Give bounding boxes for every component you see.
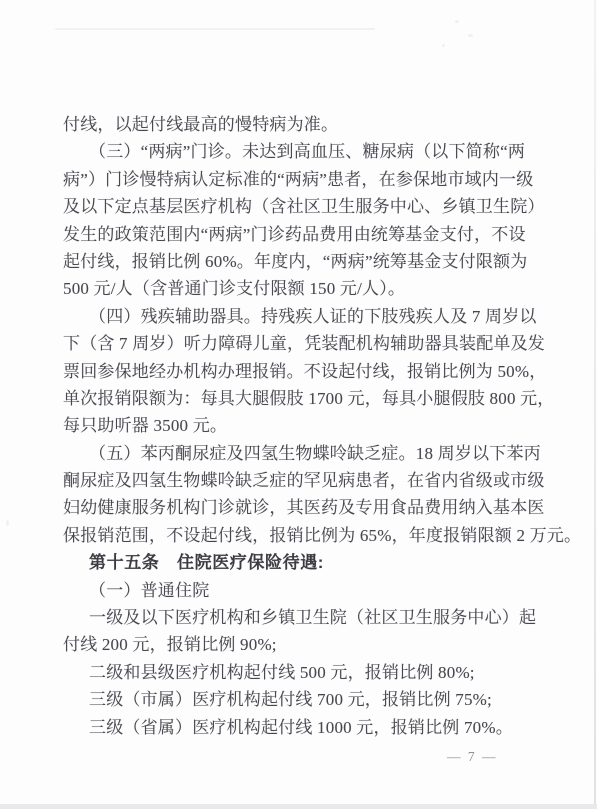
text-line: 发生的政策范围内“两病”门诊药品费用由统筹基金支付，不设 (63, 221, 545, 248)
text-line: 三级（市属）医疗机构起付线 700 元，报销比例 75%; (63, 686, 545, 713)
text-line: 及以下定点基层医疗机构（含社区卫生服务中心、乡镇卫生院） (63, 193, 545, 220)
text-line: 票回参保地经办机构办理报销。不设起付线，报销比例为 50%， (63, 358, 545, 385)
scan-edge-bottom (0, 804, 597, 809)
document-body: 付线，以起付线最高的慢特病为准。（三）“两病”门诊。未达到高血压、糖尿病（以下简… (63, 111, 545, 741)
text-line: 酮尿症及四氢生物蝶呤缺乏症的罕见病患者，在省内省级或市级 (63, 467, 545, 494)
text-line: 500 元/人（含普通门诊支付限额 150 元/人）。 (63, 275, 545, 302)
scan-speck (530, 210, 534, 212)
text-line: 起付线，报销比例 60%。年度内，“两病”统筹基金支付限额为 (63, 248, 545, 275)
text-line: 二级和县级医疗机构起付线 500 元，报销比例 80%; (63, 659, 545, 686)
scanned-document-page: 付线，以起付线最高的慢特病为准。（三）“两病”门诊。未达到高血压、糖尿病（以下简… (0, 0, 597, 809)
text-line: 保报销范围，不设起付线，报销比例为 65%，年度报销限额 2 万元。 (63, 522, 545, 549)
page-number: — 7 — (447, 749, 498, 765)
text-line: 付线，以起付线最高的慢特病为准。 (63, 111, 545, 138)
text-line: 妇幼健康服务机构门诊就诊，其医药及专用食品费用纳入基本医 (63, 494, 545, 521)
text-line: 一级及以下医疗机构和乡镇卫生院（社区卫生服务中心）起 (63, 604, 545, 631)
scan-streak (55, 28, 375, 30)
text-line: 三级（省属）医疗机构起付线 1000 元，报销比例 70%。 (63, 714, 545, 741)
text-line: （一）普通住院 (63, 577, 545, 604)
text-line: 下（含 7 周岁）听力障碍儿童，凭装配机构辅助器具装配单及发 (63, 330, 545, 357)
scan-speck (6, 520, 9, 526)
text-line: 付线 200 元，报销比例 90%; (63, 631, 545, 658)
text-line: 单次报销限额为：每具大腿假肢 1700 元，每具小腿假肢 800 元， (63, 385, 545, 412)
text-line: 第十五条 住院医疗保险待遇: (63, 549, 545, 576)
scan-speck (455, 20, 459, 23)
text-line: （三）“两病”门诊。未达到高血压、糖尿病（以下简称“两 (63, 138, 545, 165)
scan-speck (468, 34, 473, 37)
text-line: （四）残疾辅助器具。持残疾人证的下肢残疾人及 7 周岁以 (63, 303, 545, 330)
scan-edge-right (594, 0, 596, 809)
text-line: 病”）门诊慢特病认定标准的“两病”患者，在参保地市域内一级 (63, 166, 545, 193)
text-line: （五）苯丙酮尿症及四氢生物蝶呤缺乏症。18 周岁以下苯丙 (63, 440, 545, 467)
scan-speck (442, 44, 445, 47)
text-line: 每只助听器 3500 元。 (63, 412, 545, 439)
